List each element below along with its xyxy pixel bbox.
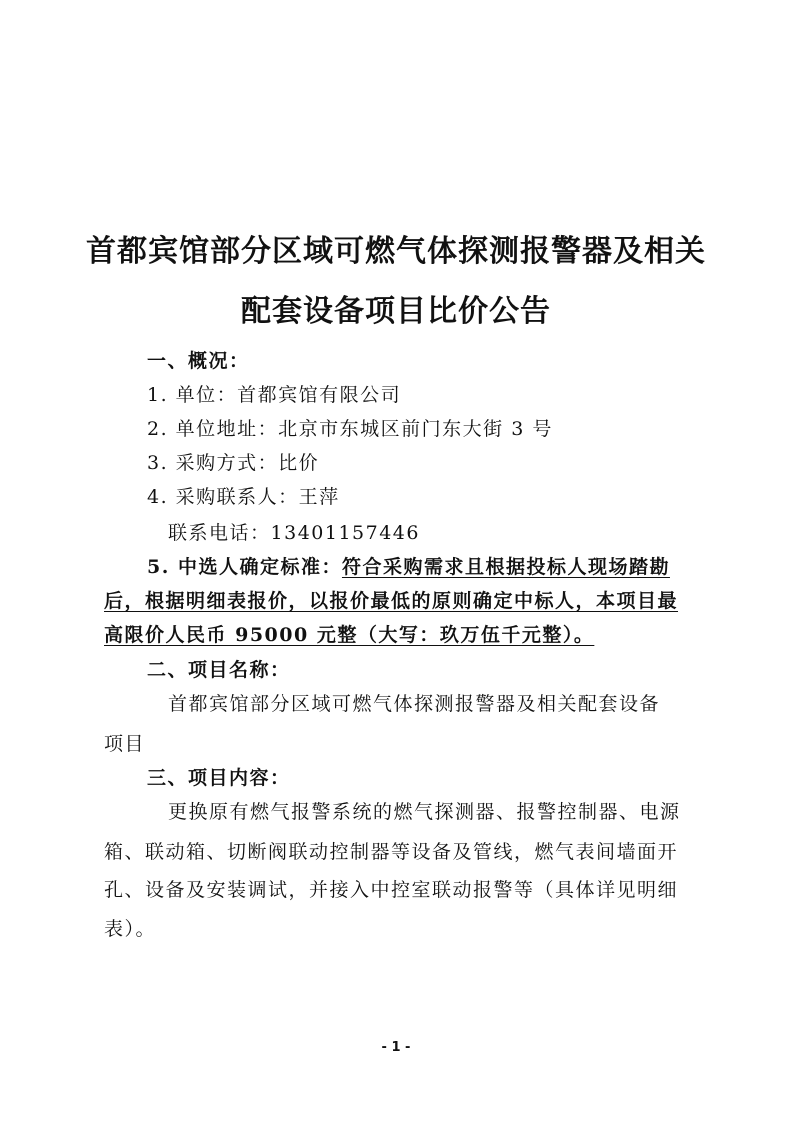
project-content-line-1: 更换原有燃气报警系统的燃气探测器、报警控制器、电源 [168, 797, 681, 824]
criteria-label: 5. 中选人确定标准： [147, 556, 342, 578]
document-title-line-2: 配套设备项目比价公告 [0, 286, 792, 330]
item-label: 4. 采购联系人： [147, 486, 299, 508]
item-label: 3. 采购方式： [147, 452, 278, 474]
phone-label: 联系电话： [168, 522, 271, 544]
section-heading-project-content: 三、项目内容： [147, 763, 291, 790]
phone-value: 13401157446 [271, 522, 420, 544]
selection-criteria-line-1: 5. 中选人确定标准：符合采购需求且根据投标人现场踏勘 [147, 552, 670, 579]
item-label: 1. 单位： [147, 384, 237, 406]
project-name-line-1: 首都宾馆部分区域可燃气体探测报警器及相关配套设备 [168, 689, 660, 716]
project-content-line-2: 箱、联动箱、切断阀联动控制器等设备及管线，燃气表间墙面开 [104, 837, 678, 864]
project-content-line-4: 表）。 [104, 914, 156, 941]
list-item-unit: 1. 单位：首都宾馆有限公司 [147, 380, 401, 407]
list-item-procurement-method: 3. 采购方式：比价 [147, 448, 319, 475]
item-value: 比价 [278, 452, 319, 474]
project-content-line-3: 孔、设备及安装调试，并接入中控室联动报警等（具体详见明细 [104, 875, 678, 902]
item-label: 2. 单位地址： [147, 418, 278, 440]
page-number: - 1 - [0, 1040, 792, 1055]
document-title-line-1: 首都宾馆部分区域可燃气体探测报警器及相关 [0, 226, 792, 270]
contact-phone: 联系电话：13401157446 [168, 518, 420, 545]
selection-criteria-line-3: 高限价人民币 95000 元整（大写：玖万伍千元整）。 [104, 620, 594, 647]
selection-criteria-line-2: 后，根据明细表报价，以报价最低的原则确定中标人，本项目最 [104, 586, 678, 613]
criteria-text: 符合采购需求且根据投标人现场踏勘 [342, 556, 670, 578]
item-value: 首都宾馆有限公司 [237, 384, 401, 406]
section-heading-project-name: 二、项目名称： [147, 655, 291, 682]
section-heading-overview: 一、概况： [147, 346, 250, 373]
item-value: 王萍 [299, 486, 340, 508]
list-item-contact-person: 4. 采购联系人：王萍 [147, 482, 340, 509]
document-page: 首都宾馆部分区域可燃气体探测报警器及相关 配套设备项目比价公告 一、概况： 1.… [0, 0, 792, 1122]
project-name-line-2: 项目 [104, 729, 145, 756]
item-value: 北京市东城区前门东大街 3 号 [278, 418, 553, 440]
list-item-address: 2. 单位地址：北京市东城区前门东大街 3 号 [147, 414, 553, 441]
